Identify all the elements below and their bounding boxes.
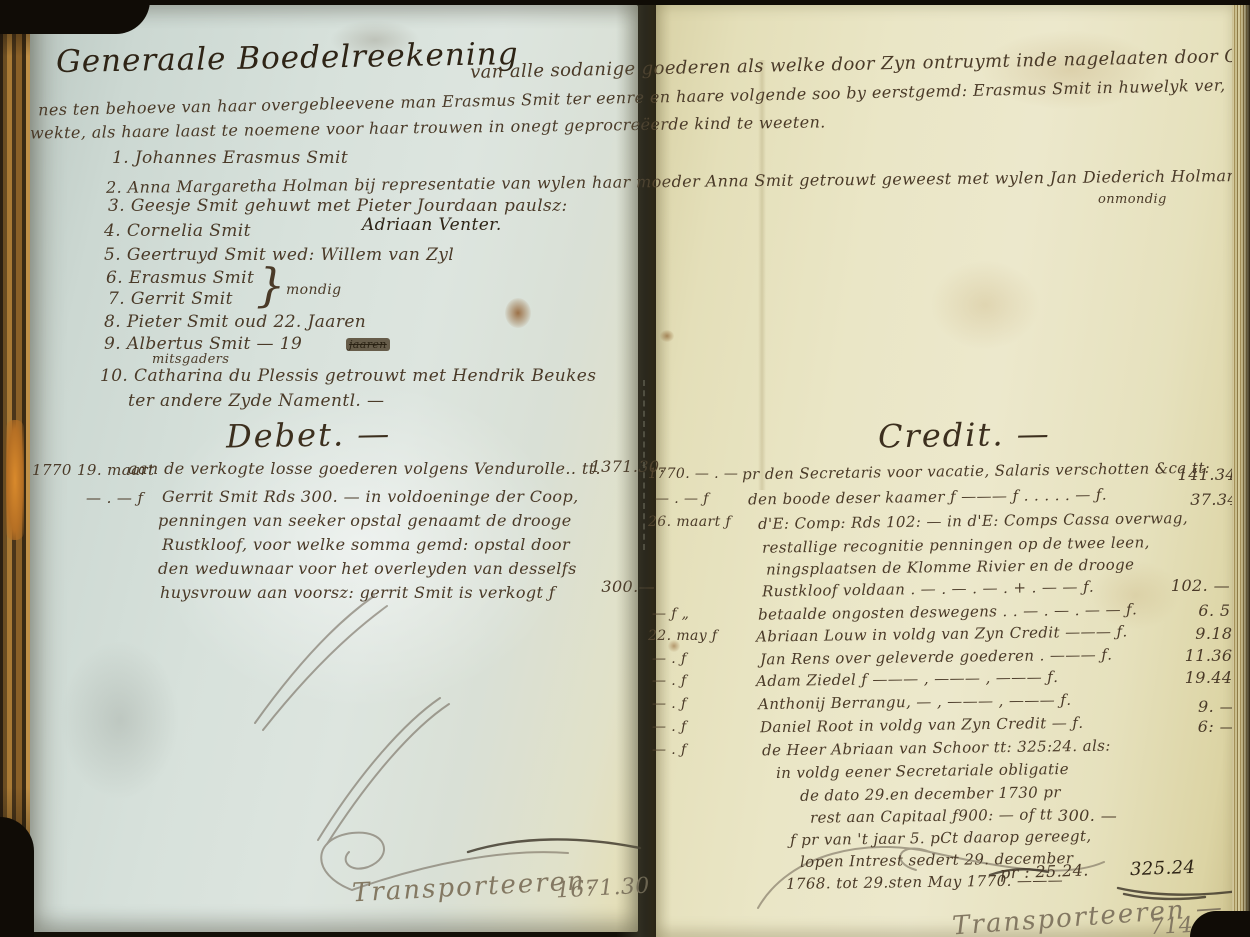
scan-corner-bottom-left (0, 817, 34, 937)
credit-row2-amount: 37.34 (1128, 490, 1238, 509)
credit-row10-date: — . ƒ (652, 742, 687, 758)
fold-dash-line (643, 380, 645, 550)
right-page-edges (1232, 0, 1250, 937)
credit-row8-amount: 9. — (1126, 697, 1236, 716)
debet-heading: Debet. — (226, 415, 392, 456)
credit-row5-amount: 9.18. (1128, 624, 1238, 643)
credit-row7-date: — . ƒ (652, 673, 687, 689)
credit-row9-amount: 6: — (1126, 717, 1236, 736)
credit-row10-interest-amount: pr : 25.24. (1000, 860, 1089, 882)
heirs-closing: ter andere Zyde Namentl. — (128, 391, 384, 411)
heir-7: 7. Gerrit Smit (108, 289, 233, 309)
credit-row3-date: 26. maart ƒ (648, 514, 731, 530)
debet-entry1-text: aan de verkogte losse goederen volgens V… (128, 459, 601, 478)
credit-heading: Credit. — (878, 414, 1051, 455)
heir-2-note: onmondig (1098, 192, 1167, 207)
debet-transport-amount: 1671.30 (555, 874, 650, 904)
brace-glyph: } (256, 258, 286, 312)
interjection-mitsgaders: mitsgaders (152, 352, 229, 367)
credit-row10-line4: rest aan Capitaal ƒ900: — of tt (810, 805, 1053, 826)
credit-row4-date: — ƒ „ (652, 606, 689, 622)
credit-row3-amount: 102. — (1120, 576, 1230, 595)
credit-row6-date: — . ƒ (652, 651, 687, 667)
credit-row10-line3: de dato 29.en december 1730 pr (800, 783, 1061, 805)
credit-row9-date: — . ƒ (652, 719, 687, 735)
debet-entry2-line5: huysvrouw aan voorsz: gerrit Smit is ver… (160, 583, 555, 602)
heir-10: 10. Catharina du Plessis getrouwt met He… (100, 366, 596, 386)
heir-9-struck-word: jaaren (346, 338, 390, 351)
debet-entry2-line1: Gerrit Smit Rds 300. — in voldoeninge de… (162, 487, 579, 506)
manuscript-scan: Generaale Boedelreekening van alle sodan… (0, 0, 1250, 937)
heir-1: 1. Johannes Erasmus Smit (112, 148, 348, 168)
credit-row10-amount: 325.24 (1130, 857, 1196, 880)
credit-row7-amount: 19.44. (1128, 668, 1238, 687)
heir-4-spouse: Adriaan Venter. (362, 215, 502, 235)
spine-orange-sliver (6, 420, 24, 540)
heir-3: 3. Geesje Smit gehuwt met Pieter Jourdaa… (108, 196, 568, 216)
debet-entry2-date: — . — ƒ (86, 489, 143, 507)
credit-row4-amount: 6. 5. (1126, 601, 1236, 620)
scan-corner-top-left (0, 0, 150, 34)
debet-entry2-amount: 300.— (545, 577, 655, 596)
debet-entry2-line3: Rustkloof, voor welke somma gemd: opstal… (162, 535, 570, 554)
heir-9: 9. Albertus Smit — 19 (104, 334, 302, 354)
credit-row6-amount: 11.36. (1128, 646, 1238, 665)
debet-entry2-line2: penningen van seeker opstal genaamt de d… (158, 511, 572, 530)
scan-edge-top (0, 0, 1250, 5)
credit-row10-line4-amount: 300. — (1058, 806, 1117, 825)
heir-4: 4. Cornelia Smit (104, 221, 251, 241)
heir-6: 6. Erasmus Smit (106, 268, 254, 288)
heir-8: 8. Pieter Smit oud 22. Jaaren (104, 312, 366, 332)
debet-entry2-line4: den weduwnaar voor het overleyden van de… (158, 559, 577, 578)
credit-transport-amount: 714 (1149, 913, 1193, 937)
credit-row1-date: 1770. — . — (648, 466, 738, 482)
credit-row5-date: 22. may ƒ (648, 628, 717, 644)
heirs-6-7-note: mondig (286, 282, 342, 298)
credit-row2-date: — . — ƒ (655, 491, 709, 507)
credit-row8-date: — . ƒ (652, 696, 687, 712)
credit-row1-amount: 141.34 (1126, 465, 1236, 484)
